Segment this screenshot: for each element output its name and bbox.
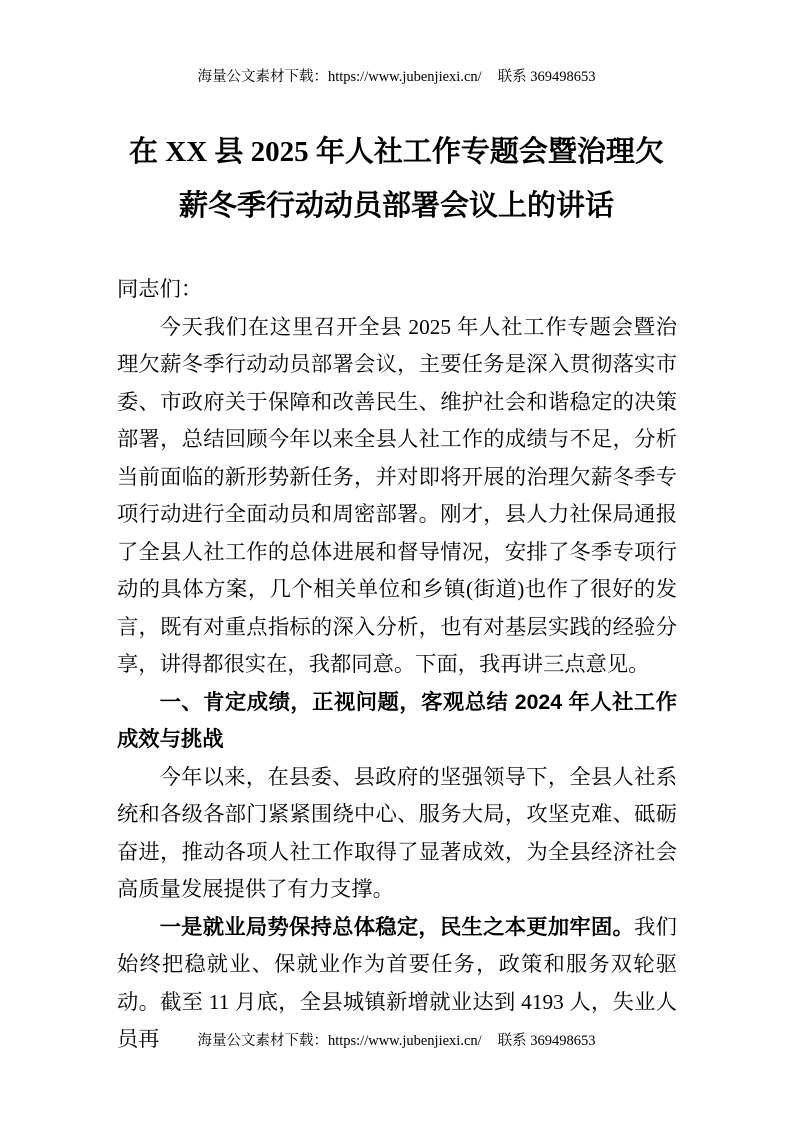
footer-promo-contact: 联系 369498653	[498, 1033, 596, 1049]
paragraph-overview: 今年以来，在县委、县政府的坚强领导下，全县人社系统和各级各部门紧紧围绕中心、服务…	[117, 759, 677, 909]
footer-promo: 海量公文素材下载：https://www.jubenjiexi.cn/联系 36…	[0, 1030, 793, 1052]
section-heading-1: 一、肯定成绩，正视问题，客观总结 2024 年人社工作成效与挑战	[117, 684, 677, 759]
footer-promo-label: 海量公文素材下载：	[197, 1033, 328, 1049]
header-promo: 海量公文素材下载：https://www.jubenjiexi.cn/联系 36…	[0, 0, 793, 88]
footer-promo-url[interactable]: https://www.jubenjiexi.cn/	[328, 1033, 482, 1049]
paragraph-lead-bold: 一是就业局势保持总体稳定，民生之本更加牢固。	[160, 915, 635, 939]
header-promo-url[interactable]: https://www.jubenjiexi.cn/	[328, 69, 482, 85]
header-promo-contact: 联系 369498653	[498, 69, 596, 85]
document-title: 在 XX 县 2025 年人社工作专题会暨治理欠薪冬季行动动员部署会议上的讲话	[116, 125, 677, 233]
document-body: 同志们： 今天我们在这里召开全县 2025 年人社工作专题会暨治理欠薪冬季行动动…	[117, 271, 677, 1059]
salutation: 同志们：	[117, 271, 677, 309]
paragraph-intro: 今天我们在这里召开全县 2025 年人社工作专题会暨治理欠薪冬季行动动员部署会议…	[117, 309, 677, 684]
document-page: 海量公文素材下载：https://www.jubenjiexi.cn/联系 36…	[0, 0, 793, 1122]
header-promo-label: 海量公文素材下载：	[197, 69, 328, 85]
